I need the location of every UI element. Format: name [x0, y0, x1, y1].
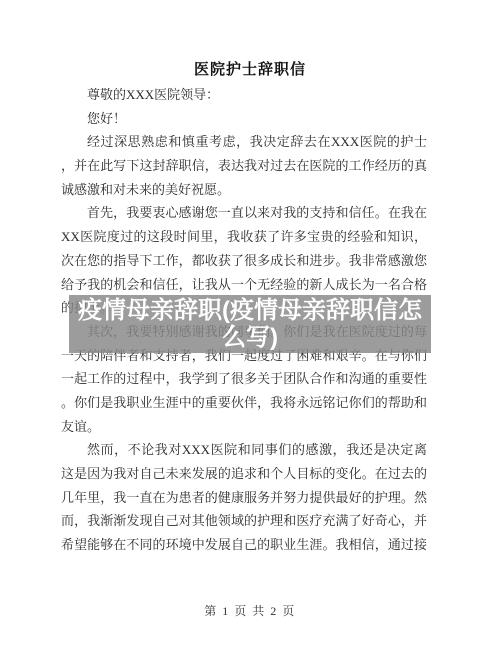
doc-line: 希望能够在不同的环境中发展自己的职业生涯。我相信，通过接: [61, 533, 427, 557]
doc-line: 而，我渐渐发现自己对其他领域的护理和医疗充满了好奇心，并: [61, 509, 427, 533]
doc-line: 首先，我要衷心感谢您一直以来对我的支持和信任。在我在X: [61, 201, 427, 225]
overlay-title-text: 疫情母亲辞职(疫情母亲辞职信怎么写): [69, 297, 431, 351]
doc-line: 一起工作的过程中，我学到了很多关于团队合作和沟通的重要性: [61, 367, 427, 391]
overlay-title-banner: 疫情母亲辞职(疫情母亲辞职信怎么写): [69, 295, 431, 353]
document-title: 医院护士辞职信: [0, 58, 500, 79]
doc-line: 诚感激和对未来的美好祝愿。: [61, 178, 427, 202]
doc-line: 经过深思熟虑和慎重考虑，我决定辞去在XXX医院的护士工作: [61, 130, 427, 154]
document-page: 医院护士辞职信 尊敬的XXX医院领导： 您好！ 经过深思熟虑和慎重考虑，我决定辞…: [0, 0, 500, 647]
doc-line: 几年里，我一直在为患者的健康服务并努力提供最好的护理。然: [61, 486, 427, 510]
doc-line: 。你们是我职业生涯中的重要伙伴，我将永远铭记你们的帮助和: [61, 391, 427, 415]
doc-line: 友谊。: [61, 415, 427, 439]
doc-line: 尊敬的XXX医院领导：: [61, 83, 427, 107]
doc-line: 这是因为我对自己未来发展的追求和个人目标的变化。在过去的: [61, 462, 427, 486]
page-number-footer: 第 1 页 共 2 页: [0, 602, 500, 619]
doc-line: 然而，不论我对XXX医院和同事们的感激，我还是决定离开。: [61, 438, 427, 462]
doc-line: ，并在此写下这封辞职信，表达我对过去在医院的工作经历的真: [61, 154, 427, 178]
doc-line: XX医院度过的这段时间里，我收获了许多宝贵的经验和知识，每: [61, 225, 427, 249]
doc-line: 您好！: [61, 107, 427, 131]
doc-line: 次在您的指导下工作，都收获了很多成长和进步。我非常感激您: [61, 249, 427, 273]
doc-line: 给予我的机会和信任，让我从一个无经验的新人成长为一名合格: [61, 273, 427, 297]
